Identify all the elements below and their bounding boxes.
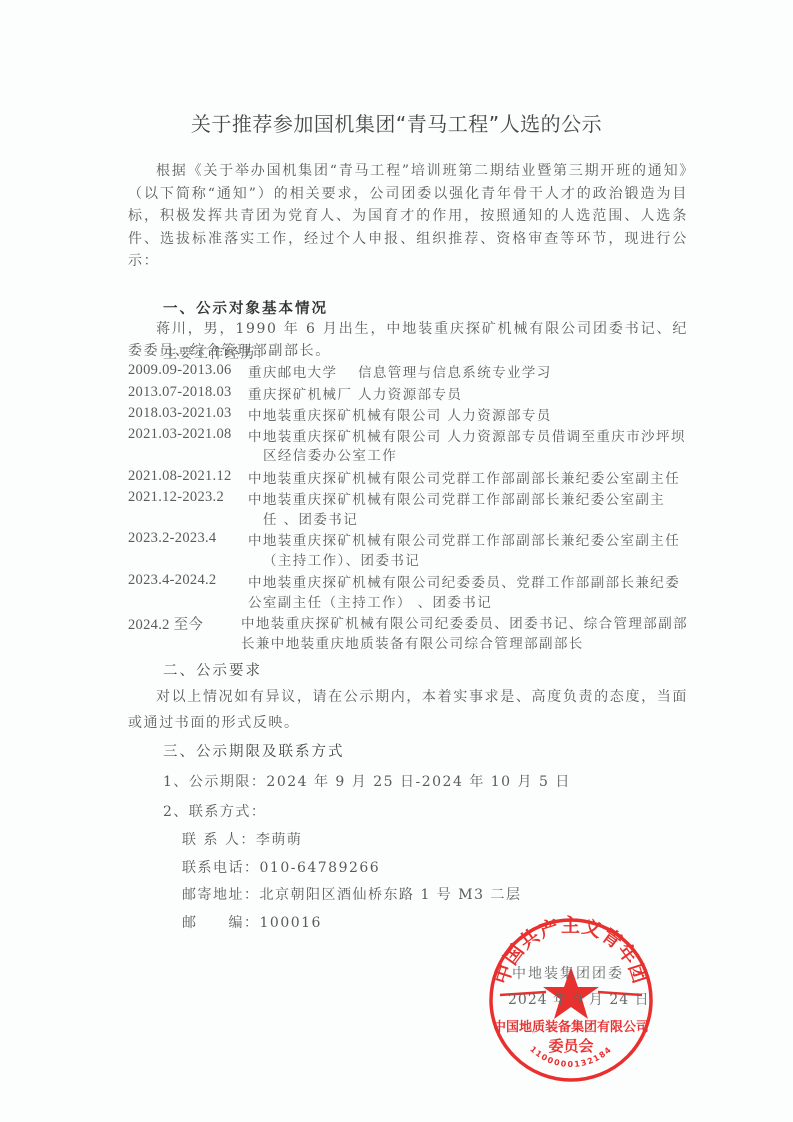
section3-heading: 三、公示期限及联系方式 xyxy=(163,740,345,761)
postcode-row: 邮 编：100016 xyxy=(182,912,322,932)
experience-desc: 中地装重庆探矿机械有限公司纪委委员、团委书记、综合管理部副部 xyxy=(241,614,701,634)
experience-date: 2013.07-2018.03 xyxy=(128,384,232,401)
experience-desc: 中地装重庆探矿机械有限公司纪委委员、党群工作部副部长兼纪委 xyxy=(248,573,708,593)
experience-desc-cont: 公室副主任（主持工作） 、团委书记 xyxy=(248,593,688,613)
experience-date: 2018.03-2021.03 xyxy=(128,405,232,422)
mailing-address: 邮寄地址：北京朝阳区酒仙桥东路 1 号 M3 二层 xyxy=(182,884,521,904)
experience-desc-cont: 任 、团委书记 xyxy=(263,510,703,530)
experience-date: 2023.4-2024.2 xyxy=(128,572,216,589)
contact-label: 2、联系方式： xyxy=(163,801,266,821)
signature-date: 2024 年 9 月 24 日 xyxy=(508,989,650,1009)
section2-heading: 二、公示要求 xyxy=(163,659,262,680)
experience-desc-cont: 区经信委办公室工作 xyxy=(263,446,703,466)
experience-label: 主要工作经历： xyxy=(163,343,272,363)
contact-person: 联 系 人：李萌萌 xyxy=(182,829,302,849)
postcode-label: 邮 编： xyxy=(182,915,260,931)
signature-org: 中地装集团团委 xyxy=(512,963,624,983)
postcode-value: 100016 xyxy=(260,915,322,931)
document-title: 关于推荐参加国机集团“青马工程”人选的公示 xyxy=(0,108,793,137)
experience-date: 2023.2-2023.4 xyxy=(128,530,216,547)
experience-desc-cont: 长兼中地装重庆地质装备有限公司综合管理部副部长 xyxy=(241,634,701,654)
experience-desc: 重庆探矿机械厂 人力资源部专员 xyxy=(248,385,698,405)
experience-desc: 中地装重庆探矿机械有限公司党群工作部副部长兼纪委公室副主任 xyxy=(248,531,708,551)
experience-date: 2021.12-2023.2 xyxy=(128,489,224,506)
publicity-period: 1、公示期限：2024 年 9 月 25 日-2024 年 10 月 5 日 xyxy=(163,771,571,791)
experience-desc: 中地装重庆探矿机械有限公司党群工作部副部长兼纪委公室副主任 xyxy=(248,469,708,489)
section1-heading: 一、公示对象基本情况 xyxy=(163,297,328,318)
experience-date: 2024.2 至今 xyxy=(128,613,203,634)
experience-desc: 重庆邮电大学 信息管理与信息系统专业学习 xyxy=(248,363,698,383)
experience-desc-cont: （主持工作）、团委书记 xyxy=(263,551,703,571)
intro-paragraph: 根据《关于举办国机集团“青马工程”培训班第二期结业暨第三期开班的通知》（以下简称… xyxy=(128,160,688,273)
seal-org-suffix: 委员会 xyxy=(548,1037,593,1055)
seal-org-name: 中国地质装备集团有限公司 xyxy=(493,1019,649,1035)
document-page: 关于推荐参加国机集团“青马工程”人选的公示 根据《关于举办国机集团“青马工程”培… xyxy=(0,0,793,1122)
experience-date: 2009.09-2013.06 xyxy=(128,362,232,379)
experience-date: 2021.08-2021.12 xyxy=(128,468,232,485)
experience-desc: 中地装重庆探矿机械有限公司 人力资源部专员借调至重庆市沙坪坝 xyxy=(248,427,708,447)
experience-desc: 中地装重庆探矿机械有限公司 人力资源部专员 xyxy=(248,406,698,426)
experience-date: 2021.03-2021.08 xyxy=(128,426,232,443)
contact-phone: 联系电话：010-64789266 xyxy=(182,857,380,877)
experience-desc: 中地装重庆探矿机械有限公司党群工作部副部长兼纪委公室副主 xyxy=(248,490,708,510)
section2-text: 对以上情况如有异议，请在公示期内，本着实事求是、高度负责的态度，当面或通过书面的… xyxy=(128,684,688,736)
